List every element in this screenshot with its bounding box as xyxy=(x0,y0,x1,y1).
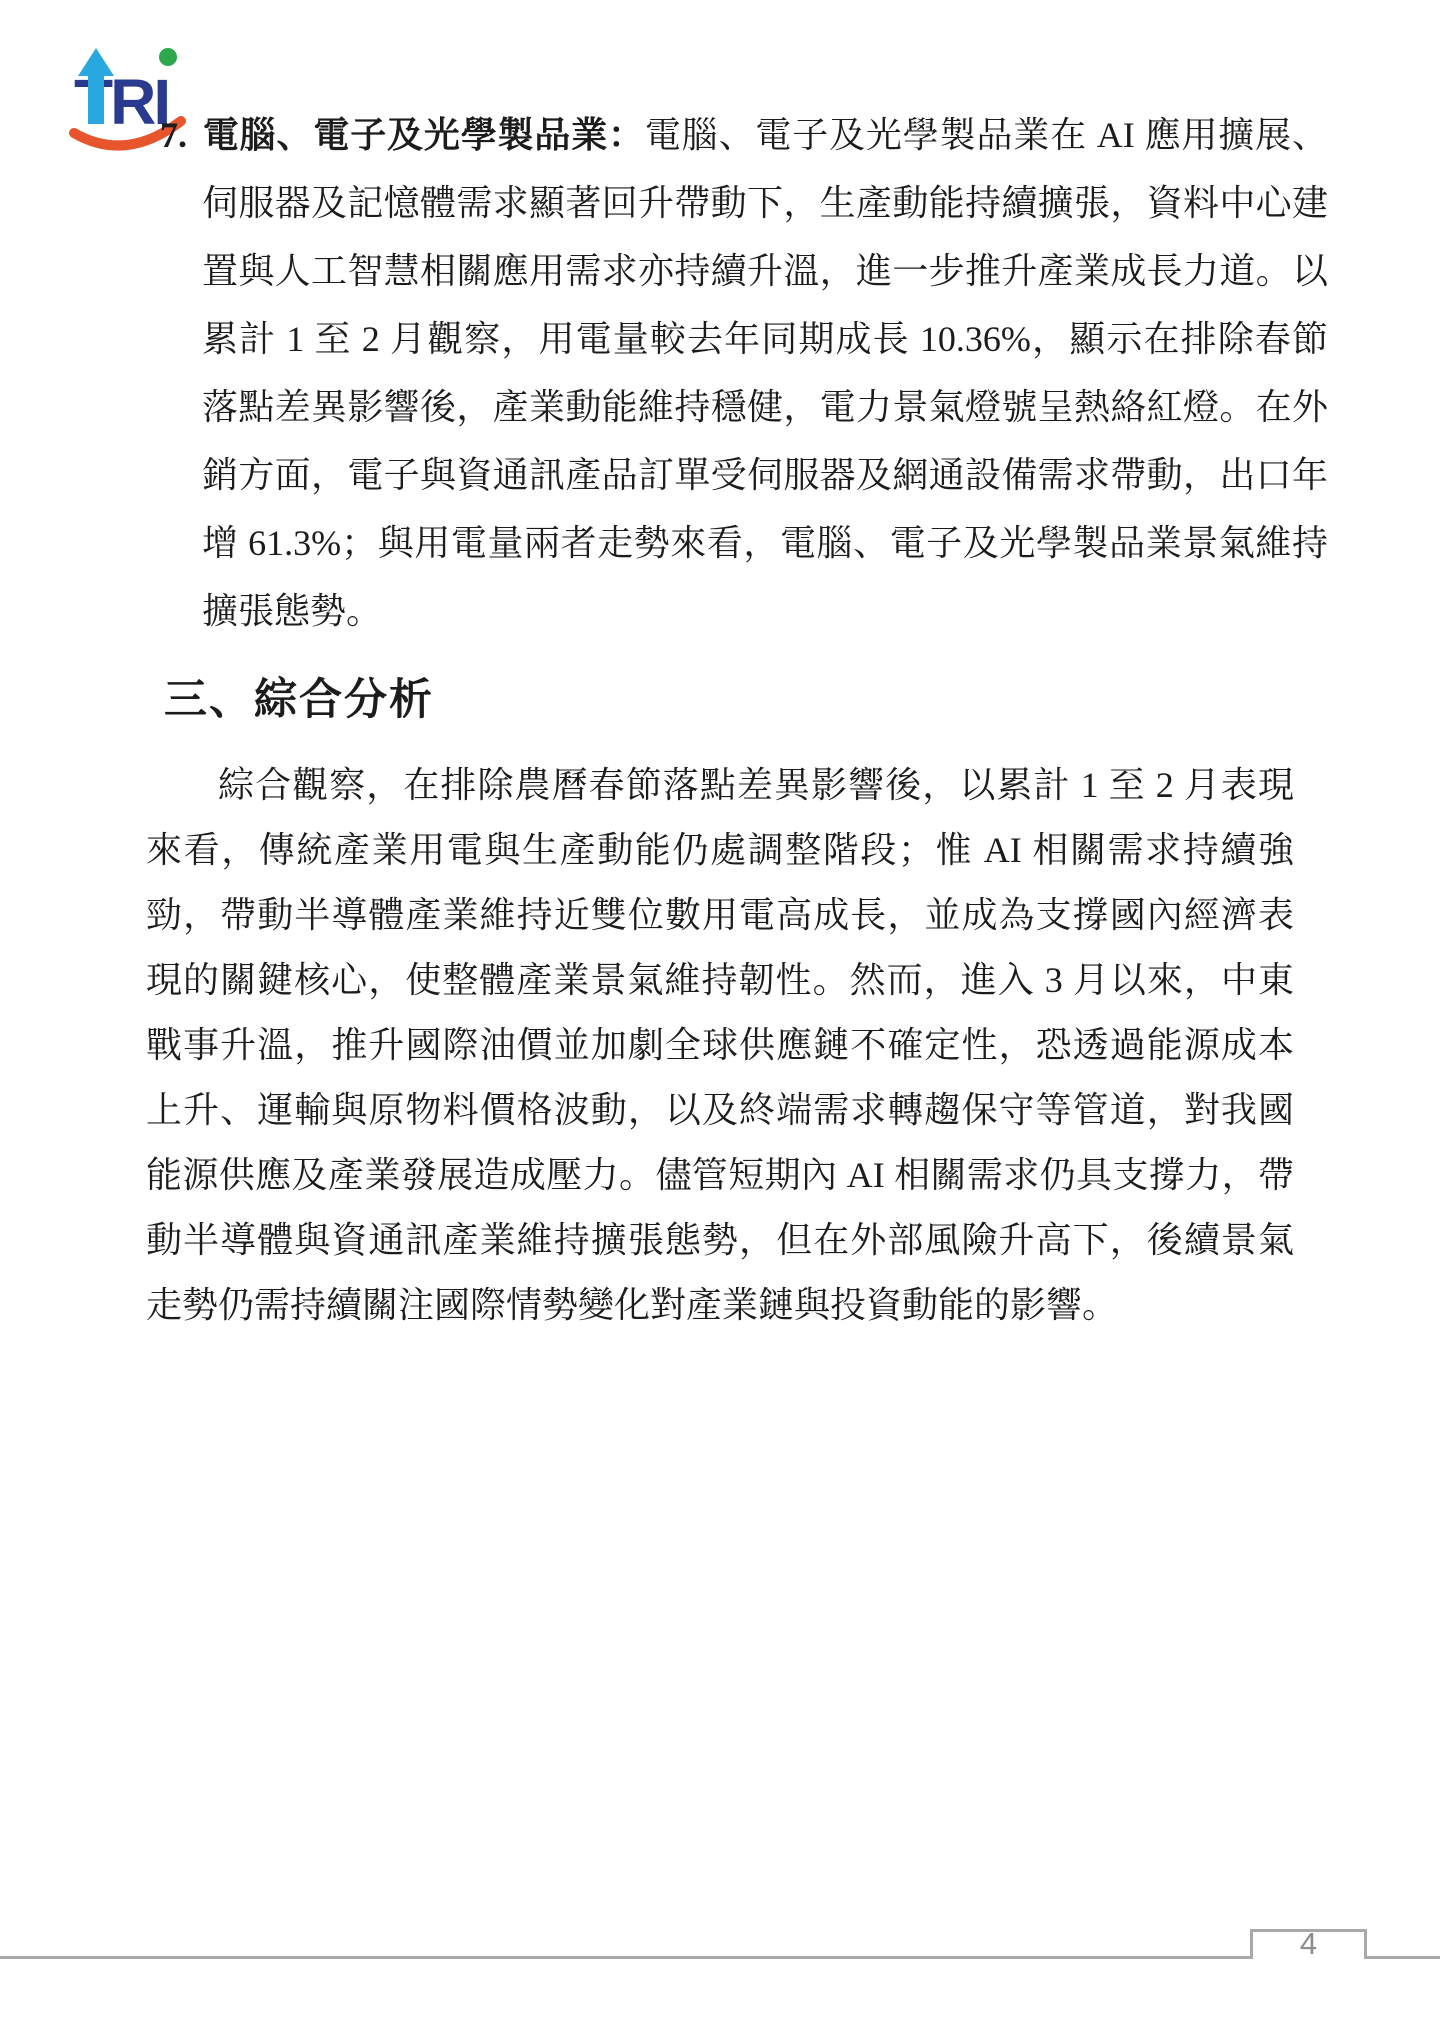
list-item-7-body: 電腦、電子及光學製品業在 AI 應用擴展、伺服器及記憶體需求顯著回升帶動下，生產… xyxy=(202,115,1328,631)
section-heading: 三、綜合分析 xyxy=(164,676,434,726)
analysis-paragraph: 綜合觀察，在排除農曆春節落點差異影響後，以累計 1 至 2 月表現來看，傳統產業… xyxy=(146,753,1294,1338)
page-number: 4 xyxy=(1250,1928,1367,1959)
footer-rule-left xyxy=(0,1956,1252,1959)
footer-rule-right xyxy=(1364,1956,1440,1959)
list-item-7-lead: 電腦、電子及光學製品業： xyxy=(202,115,645,155)
list-item-7: 7.電腦、電子及光學製品業：電腦、電子及光學製品業在 AI 應用擴展、伺服器及記… xyxy=(160,101,1328,645)
list-item-7-number: 7. xyxy=(160,101,202,169)
green-dot-icon xyxy=(159,48,177,66)
